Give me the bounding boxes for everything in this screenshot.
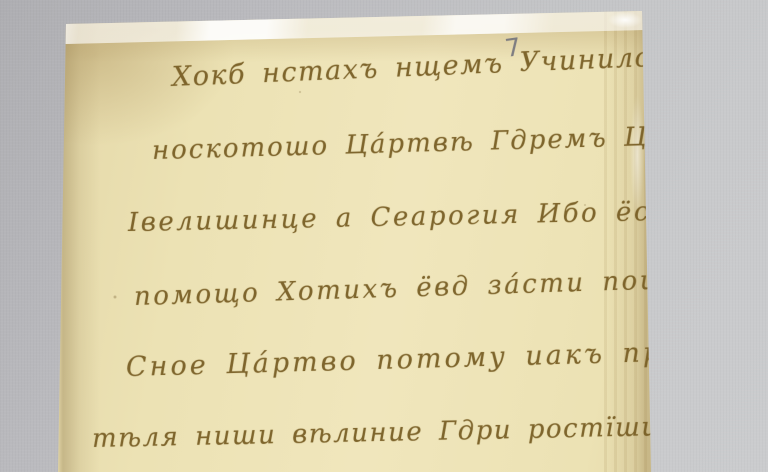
film-glare-highlight bbox=[608, 12, 642, 28]
manuscript-sheet: 7 Хокб нстахъ нщемъ Учинилса ёска носкот… bbox=[0, 0, 768, 472]
photo-of-manuscript: 7 Хокб нстахъ нщемъ Учинилса ёска носкот… bbox=[0, 0, 768, 472]
